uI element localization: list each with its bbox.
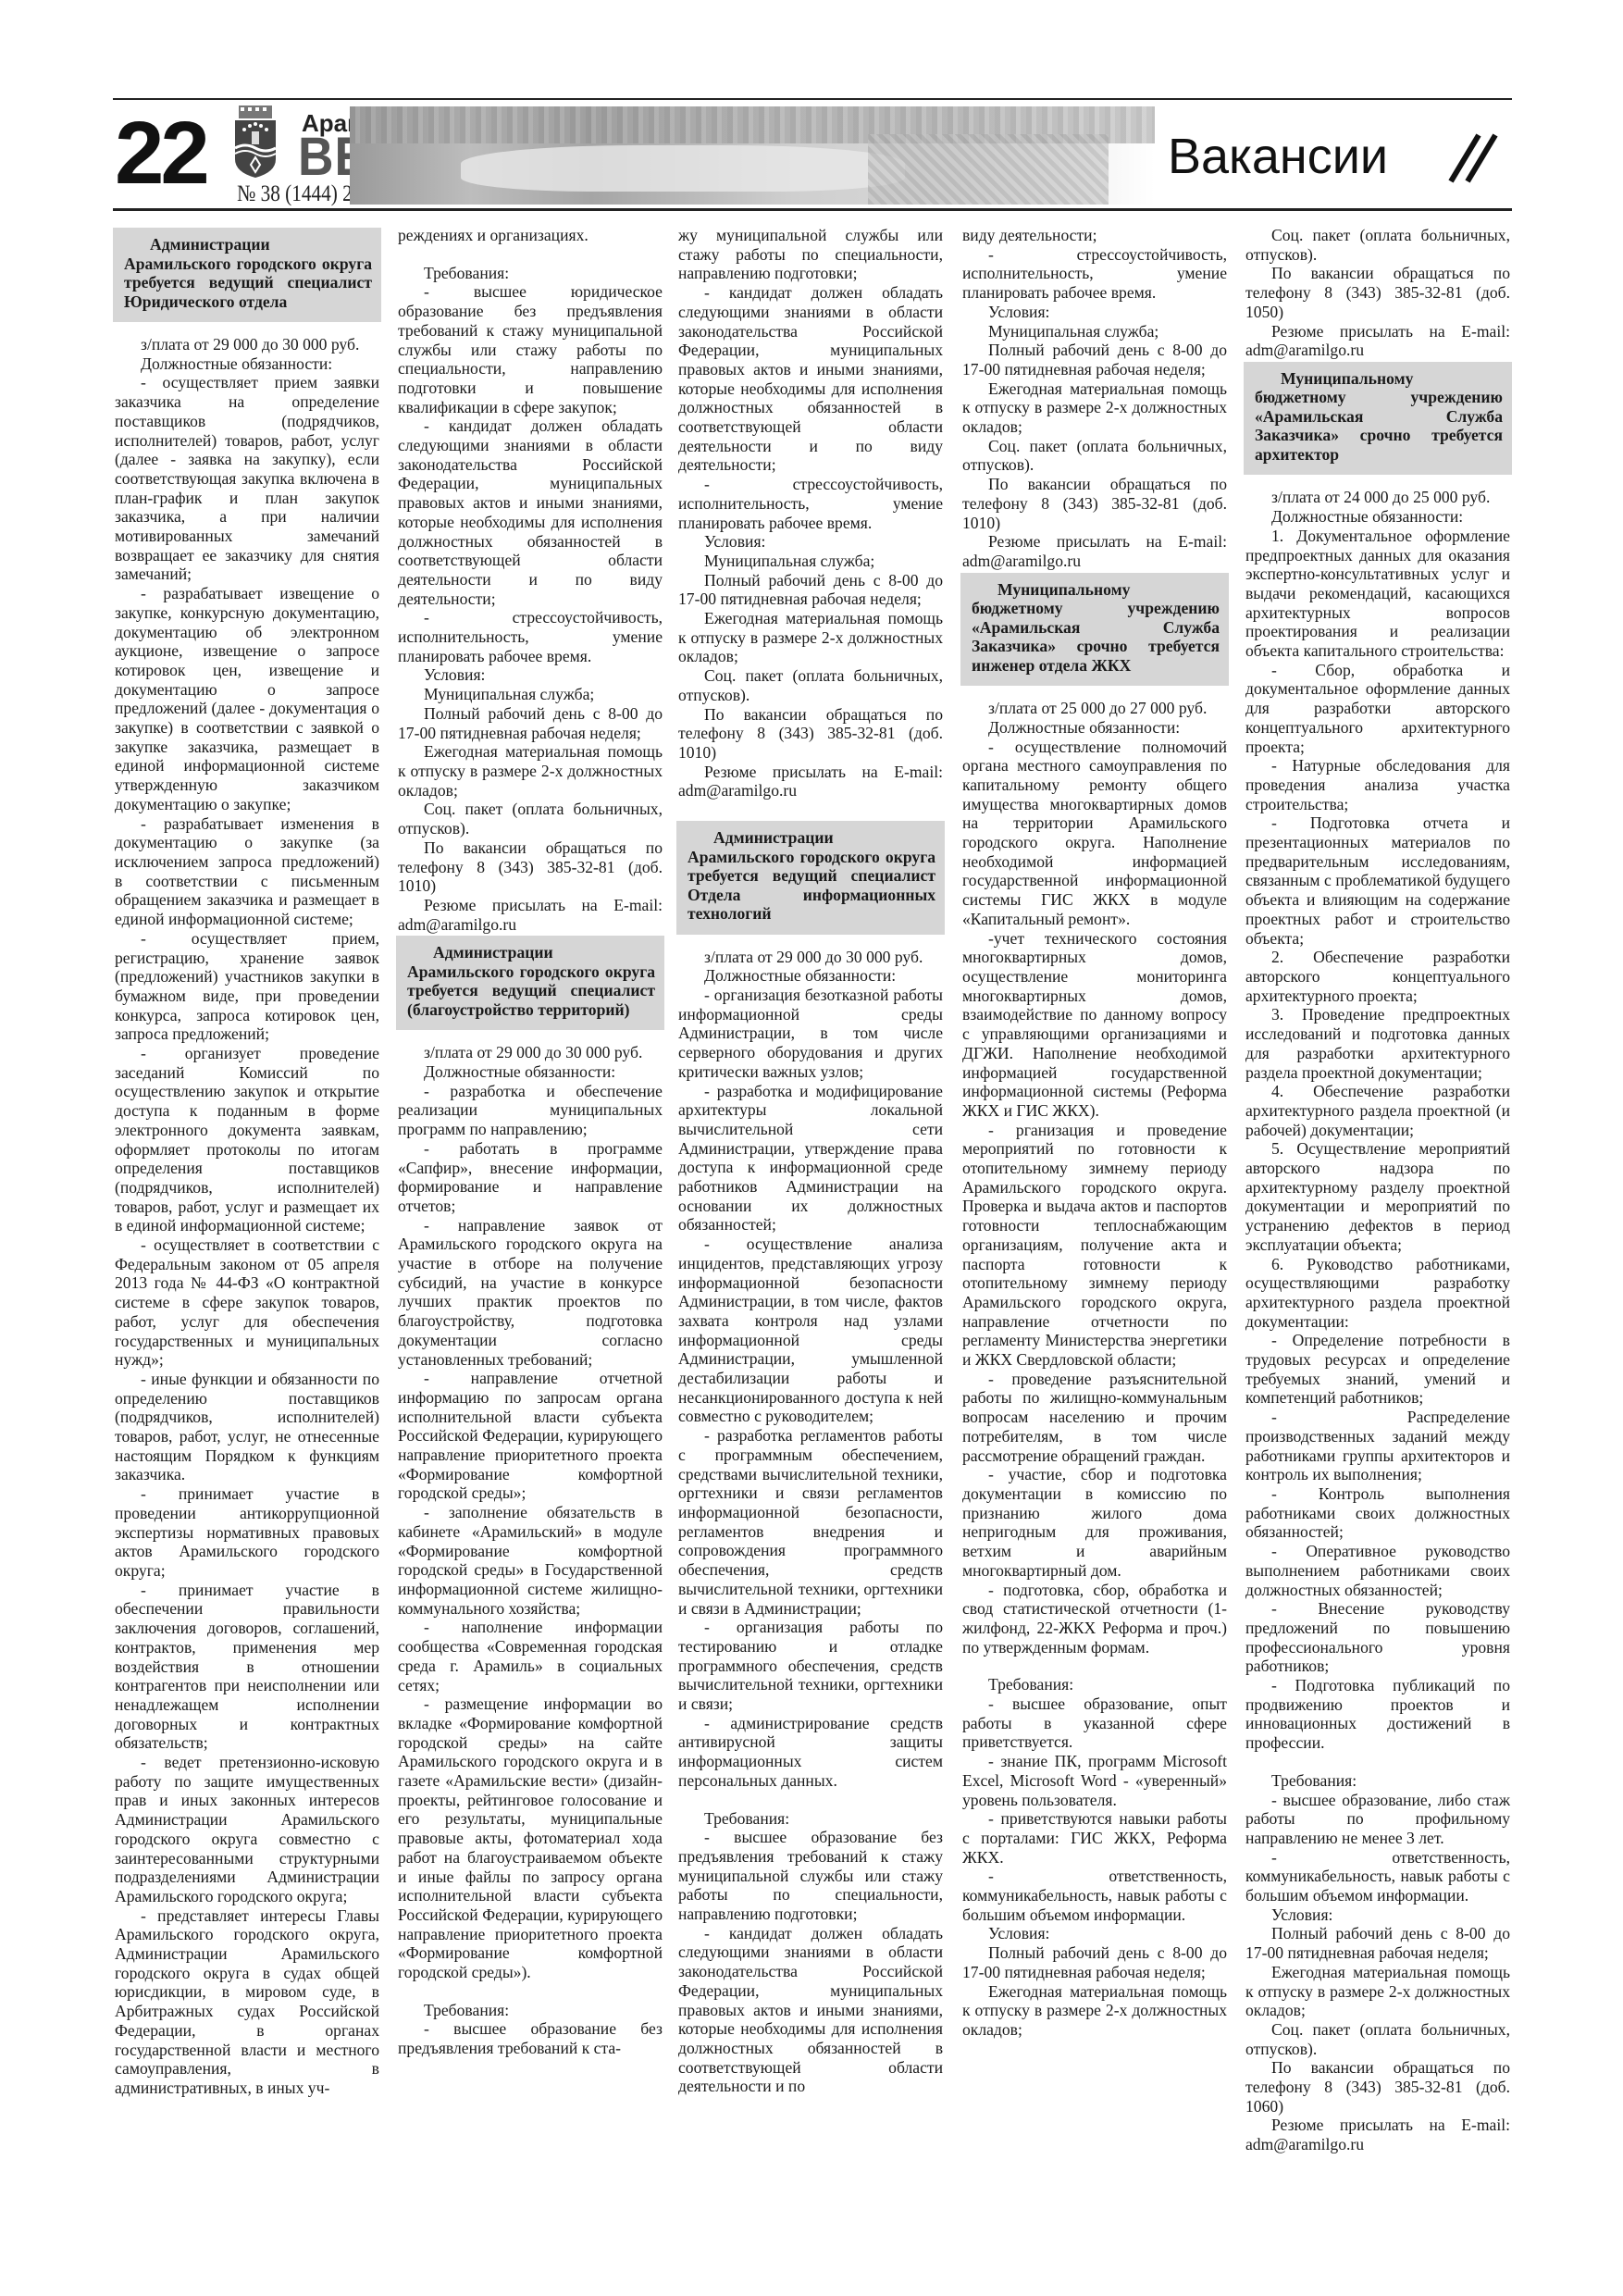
paragraph: Полный рабочий день с 8-00 до 17-00 пяти…: [1245, 1924, 1510, 1962]
paragraph: Муниципальная служба;: [678, 552, 943, 571]
paragraph: - осуществляет прием, регистрацию, хране…: [115, 929, 379, 1044]
paragraph: - знание ПК, программ Microsoft Excel, M…: [962, 1752, 1227, 1809]
subheading-label: Должностные обязанности:: [115, 354, 379, 374]
paragraph: - осуществляет прием заявки заказчика на…: [115, 373, 379, 584]
paragraph: - Оперативное руководство выполнением ра…: [1245, 1542, 1510, 1599]
paragraph: - высшее образование без предъявления тр…: [678, 1828, 943, 1924]
paragraph: 3. Проведение предпроектных исследований…: [1245, 1005, 1510, 1082]
paragraph: - высшее образование без предъявления тр…: [398, 2019, 663, 2057]
subheading-label: Должностные обязанности:: [962, 718, 1227, 738]
header-landscape-photo: [350, 106, 1155, 205]
vacancy-heading: Администрации Арамильского городского ок…: [676, 821, 945, 935]
vacancy-heading: Муниципальному бюджетному учреждению «Ар…: [1244, 362, 1512, 476]
masthead-bottom-rule: [113, 208, 1512, 211]
paragraph: - стрессоустойчивость, исполнительность,…: [678, 475, 943, 532]
column-4: виду деятельности;- стрессоустойчивость,…: [962, 226, 1227, 2040]
email-text: Резюме присылать на E-mail: adm@aramilgo…: [398, 896, 663, 934]
vacancy-heading-text: Администрации Арамильского городского ок…: [688, 828, 935, 924]
paragraph: 4. Обеспечение разработки архитектурного…: [1245, 1082, 1510, 1139]
top-rule: [113, 98, 1512, 100]
section-title: Вакансии: [1168, 128, 1388, 185]
salary-text: з/плата от 25 000 до 27 000 руб.: [962, 699, 1227, 718]
subheading-label: Условия:: [962, 303, 1227, 322]
paragraph: -учет технического состояния многокварти…: [962, 929, 1227, 1121]
phone-text: По вакансии обращаться по телефону 8 (34…: [1245, 264, 1510, 321]
paragraph: - участие, сбор и подготовка документаци…: [962, 1465, 1227, 1580]
paragraph: - принимает участие в проведении антикор…: [115, 1484, 379, 1581]
newspaper-page: 22 Арамильские ВЕСТИ № 38 (1444) 27.07.2…: [0, 0, 1623, 2296]
vacancy-heading-text: Муниципальному бюджетному учреждению «Ар…: [1255, 369, 1503, 465]
paragraph: - заполнение обязательств в кабинете «Ар…: [398, 1503, 663, 1618]
paragraph: - разработка регламентов работы с програ…: [678, 1426, 943, 1618]
paragraph: - Сбор, обработка и документальное оформ…: [1245, 661, 1510, 757]
paragraph: Соц. пакет (оплата больничных, отпусков)…: [962, 437, 1227, 475]
phone-text: По вакансии обращаться по телефону 8 (34…: [678, 705, 943, 763]
vacancy-heading: Администрации Арамильского городского ок…: [396, 936, 664, 1030]
subheading-label: Должностные обязанности:: [1245, 507, 1510, 527]
column-5: Соц. пакет (оплата больничных, отпусков)…: [1245, 226, 1510, 2154]
paragraph: - рганизация и проведение мероприятий по…: [962, 1121, 1227, 1370]
email-text: Резюме присылать на E-mail: adm@aramilgo…: [1245, 2116, 1510, 2153]
paragraph: - администрирование средств антивирусной…: [678, 1714, 943, 1791]
paragraph: реждениях и организациях.: [398, 226, 663, 245]
paragraph: - осуществление анализа инцидентов, пред…: [678, 1235, 943, 1426]
paragraph: виду деятельности;: [962, 226, 1227, 245]
vacancy-heading-text: Администрации Арамильского городского ок…: [124, 235, 372, 311]
paragraph: - Определение потребности в трудовых рес…: [1245, 1331, 1510, 1408]
page-number: 22: [115, 107, 206, 200]
paragraph-spacer: [398, 1982, 663, 2001]
paragraph: Полный рабочий день с 8-00 до 17-00 пяти…: [962, 1943, 1227, 1981]
email-text: Резюме присылать на E-mail: adm@aramilgo…: [1245, 322, 1510, 360]
paragraph: - стрессоустойчивость, исполнительность,…: [962, 245, 1227, 303]
paragraph: - Контроль выполнения работниками своих …: [1245, 1484, 1510, 1542]
paragraph: Ежегодная материальная помощь к отпуску …: [962, 379, 1227, 437]
subheading-label: Условия:: [678, 532, 943, 552]
paragraph: жу муниципальной службы или стажу работы…: [678, 226, 943, 283]
paragraph: 2. Обеспечение разработки авторского кон…: [1245, 948, 1510, 1005]
paragraph: - разрабатывает извещение о закупке, кон…: [115, 584, 379, 813]
paragraph: - кандидат должен обладать следующими зн…: [398, 416, 663, 608]
paragraph: - высшее образование, либо стаж работы п…: [1245, 1791, 1510, 1848]
paragraph: - организация работы по тестированию и о…: [678, 1618, 943, 1714]
subheading-label: Требования:: [1245, 1771, 1510, 1791]
paragraph: - организация безотказной работы информа…: [678, 986, 943, 1082]
paragraph: Ежегодная материальная помощь к отпуску …: [962, 1982, 1227, 2040]
paragraph: Соц. пакет (оплата больничных, отпусков)…: [678, 666, 943, 704]
column-1: Администрации Арамильского городского ок…: [115, 226, 379, 2098]
paragraph: - организует проведение заседаний Комисс…: [115, 1044, 379, 1235]
paragraph: Полный рабочий день с 8-00 до 17-00 пяти…: [398, 704, 663, 742]
salary-text: з/плата от 29 000 до 30 000 руб.: [678, 948, 943, 967]
paragraph: - разработка и обеспечение реализации му…: [398, 1082, 663, 1139]
paragraph: - проведение разъяснительной работы по ж…: [962, 1370, 1227, 1466]
paragraph: Муниципальная служба;: [398, 685, 663, 704]
paragraph: - Внесение руководству предложений по по…: [1245, 1599, 1510, 1676]
paragraph: - принимает участие в обеспечении правил…: [115, 1581, 379, 1753]
salary-text: з/плата от 24 000 до 25 000 руб.: [1245, 488, 1510, 507]
paragraph: - Натурные обследования для проведения а…: [1245, 756, 1510, 813]
paragraph: Ежегодная материальная помощь к отпуску …: [398, 742, 663, 800]
paragraph: - Распределение производственных заданий…: [1245, 1408, 1510, 1484]
subheading-label: Требования:: [678, 1809, 943, 1829]
paragraph: - представляет интересы Главы Арамильско…: [115, 1906, 379, 2098]
column-3: жу муниципальной службы или стажу работы…: [678, 226, 943, 2096]
paragraph: - Подготовка отчета и презентационных ма…: [1245, 813, 1510, 948]
paragraph: - подготовка, сбор, обработка и свод ста…: [962, 1581, 1227, 1657]
paragraph: - направление отчетной информацию по зап…: [398, 1369, 663, 1503]
paragraph-spacer: [398, 245, 663, 264]
subheading-label: 1. Документальное оформление предпроектн…: [1245, 527, 1510, 661]
phone-text: По вакансии обращаться по телефону 8 (34…: [1245, 2058, 1510, 2116]
coat-of-arms-icon: [229, 105, 281, 178]
subheading-label: Должностные обязанности:: [678, 966, 943, 986]
paragraph: - направление заявок от Арамильского гор…: [398, 1216, 663, 1370]
paragraph: - осуществление полномочий органа местно…: [962, 738, 1227, 929]
paragraph: - разрабатывает изменения в документацию…: [115, 814, 379, 929]
subheading-label: Должностные обязанности:: [398, 1062, 663, 1082]
paragraph: Муниципальная служба;: [962, 322, 1227, 341]
paragraph: 5. Осуществление мероприятий авторского …: [1245, 1139, 1510, 1254]
subheading-label: Условия:: [962, 1924, 1227, 1943]
paragraph: - работать в программе «Сапфир», внесени…: [398, 1139, 663, 1216]
paragraph: - иные функции и обязанности по определе…: [115, 1370, 379, 1484]
vacancy-heading-text: Администрации Арамильского городского ок…: [407, 943, 655, 1019]
vacancy-heading: Муниципальному бюджетному учреждению «Ар…: [960, 573, 1229, 687]
paragraph: - высшее юридическое образование без пре…: [398, 282, 663, 416]
paragraph: - ответственность, коммуникабельность, н…: [962, 1867, 1227, 1924]
paragraph: Соц. пакет (оплата больничных, отпусков)…: [398, 800, 663, 838]
paragraph: Полный рабочий день с 8-00 до 17-00 пяти…: [678, 571, 943, 609]
paragraph: - кандидат должен обладать следующими зн…: [678, 283, 943, 475]
paragraph-spacer: [678, 1791, 943, 1809]
double-slash-icon: [1445, 131, 1501, 183]
paragraph-spacer: [678, 800, 943, 819]
phone-text: По вакансии обращаться по телефону 8 (34…: [962, 475, 1227, 532]
subheading-label: Требования:: [398, 264, 663, 283]
subheading-label: Условия:: [398, 665, 663, 685]
subheading-label: 6. Руководство работниками, осуществляющ…: [1245, 1255, 1510, 1332]
paragraph: Полный рабочий день с 8-00 до 17-00 пяти…: [962, 341, 1227, 379]
paragraph: - кандидат должен обладать следующими зн…: [678, 1924, 943, 2096]
email-text: Резюме присылать на E-mail: adm@aramilgo…: [678, 763, 943, 800]
paragraph: Соц. пакет (оплата больничных, отпусков)…: [1245, 2020, 1510, 2058]
email-text: Резюме присылать на E-mail: adm@aramilgo…: [962, 532, 1227, 570]
paragraph: - стрессоустойчивость, исполнительность,…: [398, 608, 663, 665]
vacancy-heading: Администрации Арамильского городского ок…: [113, 228, 381, 322]
paragraph: - Подготовка публикаций по продвижению п…: [1245, 1676, 1510, 1753]
paragraph: - осуществляет в соответствии с Федераль…: [115, 1235, 379, 1370]
subheading-label: Требования:: [962, 1675, 1227, 1694]
column-2: реждениях и организациях.Требования:- вы…: [398, 226, 663, 2058]
paragraph: - размещение информации во вкладке «Форм…: [398, 1694, 663, 1982]
paragraph-spacer: [962, 1657, 1227, 1675]
subheading-label: Требования:: [398, 2001, 663, 2020]
paragraph: - ведет претензионно-исковую работу по з…: [115, 1753, 379, 1906]
phone-text: По вакансии обращаться по телефону 8 (34…: [398, 838, 663, 896]
paragraph: Соц. пакет (оплата больничных, отпусков)…: [1245, 226, 1510, 264]
paragraph: - приветствуются навыки работы с портала…: [962, 1809, 1227, 1867]
paragraph: Ежегодная материальная помощь к отпуску …: [1245, 1963, 1510, 2020]
paragraph: - ответственность, коммуникабельность, н…: [1245, 1848, 1510, 1905]
salary-text: з/плата от 29 000 до 30 000 руб.: [398, 1043, 663, 1062]
paragraph-spacer: [1245, 1753, 1510, 1771]
subheading-label: Условия:: [1245, 1905, 1510, 1925]
salary-text: з/плата от 29 000 до 30 000 руб.: [115, 335, 379, 354]
paragraph: - высшее образование, опыт работы в указ…: [962, 1694, 1227, 1752]
paragraph: - разработка и модифицирование архитекту…: [678, 1082, 943, 1235]
vacancy-heading-text: Муниципальному бюджетному учреждению «Ар…: [972, 580, 1220, 676]
paragraph: Ежегодная материальная помощь к отпуску …: [678, 609, 943, 666]
paragraph: - наполнение информации сообщества «Совр…: [398, 1618, 663, 1694]
